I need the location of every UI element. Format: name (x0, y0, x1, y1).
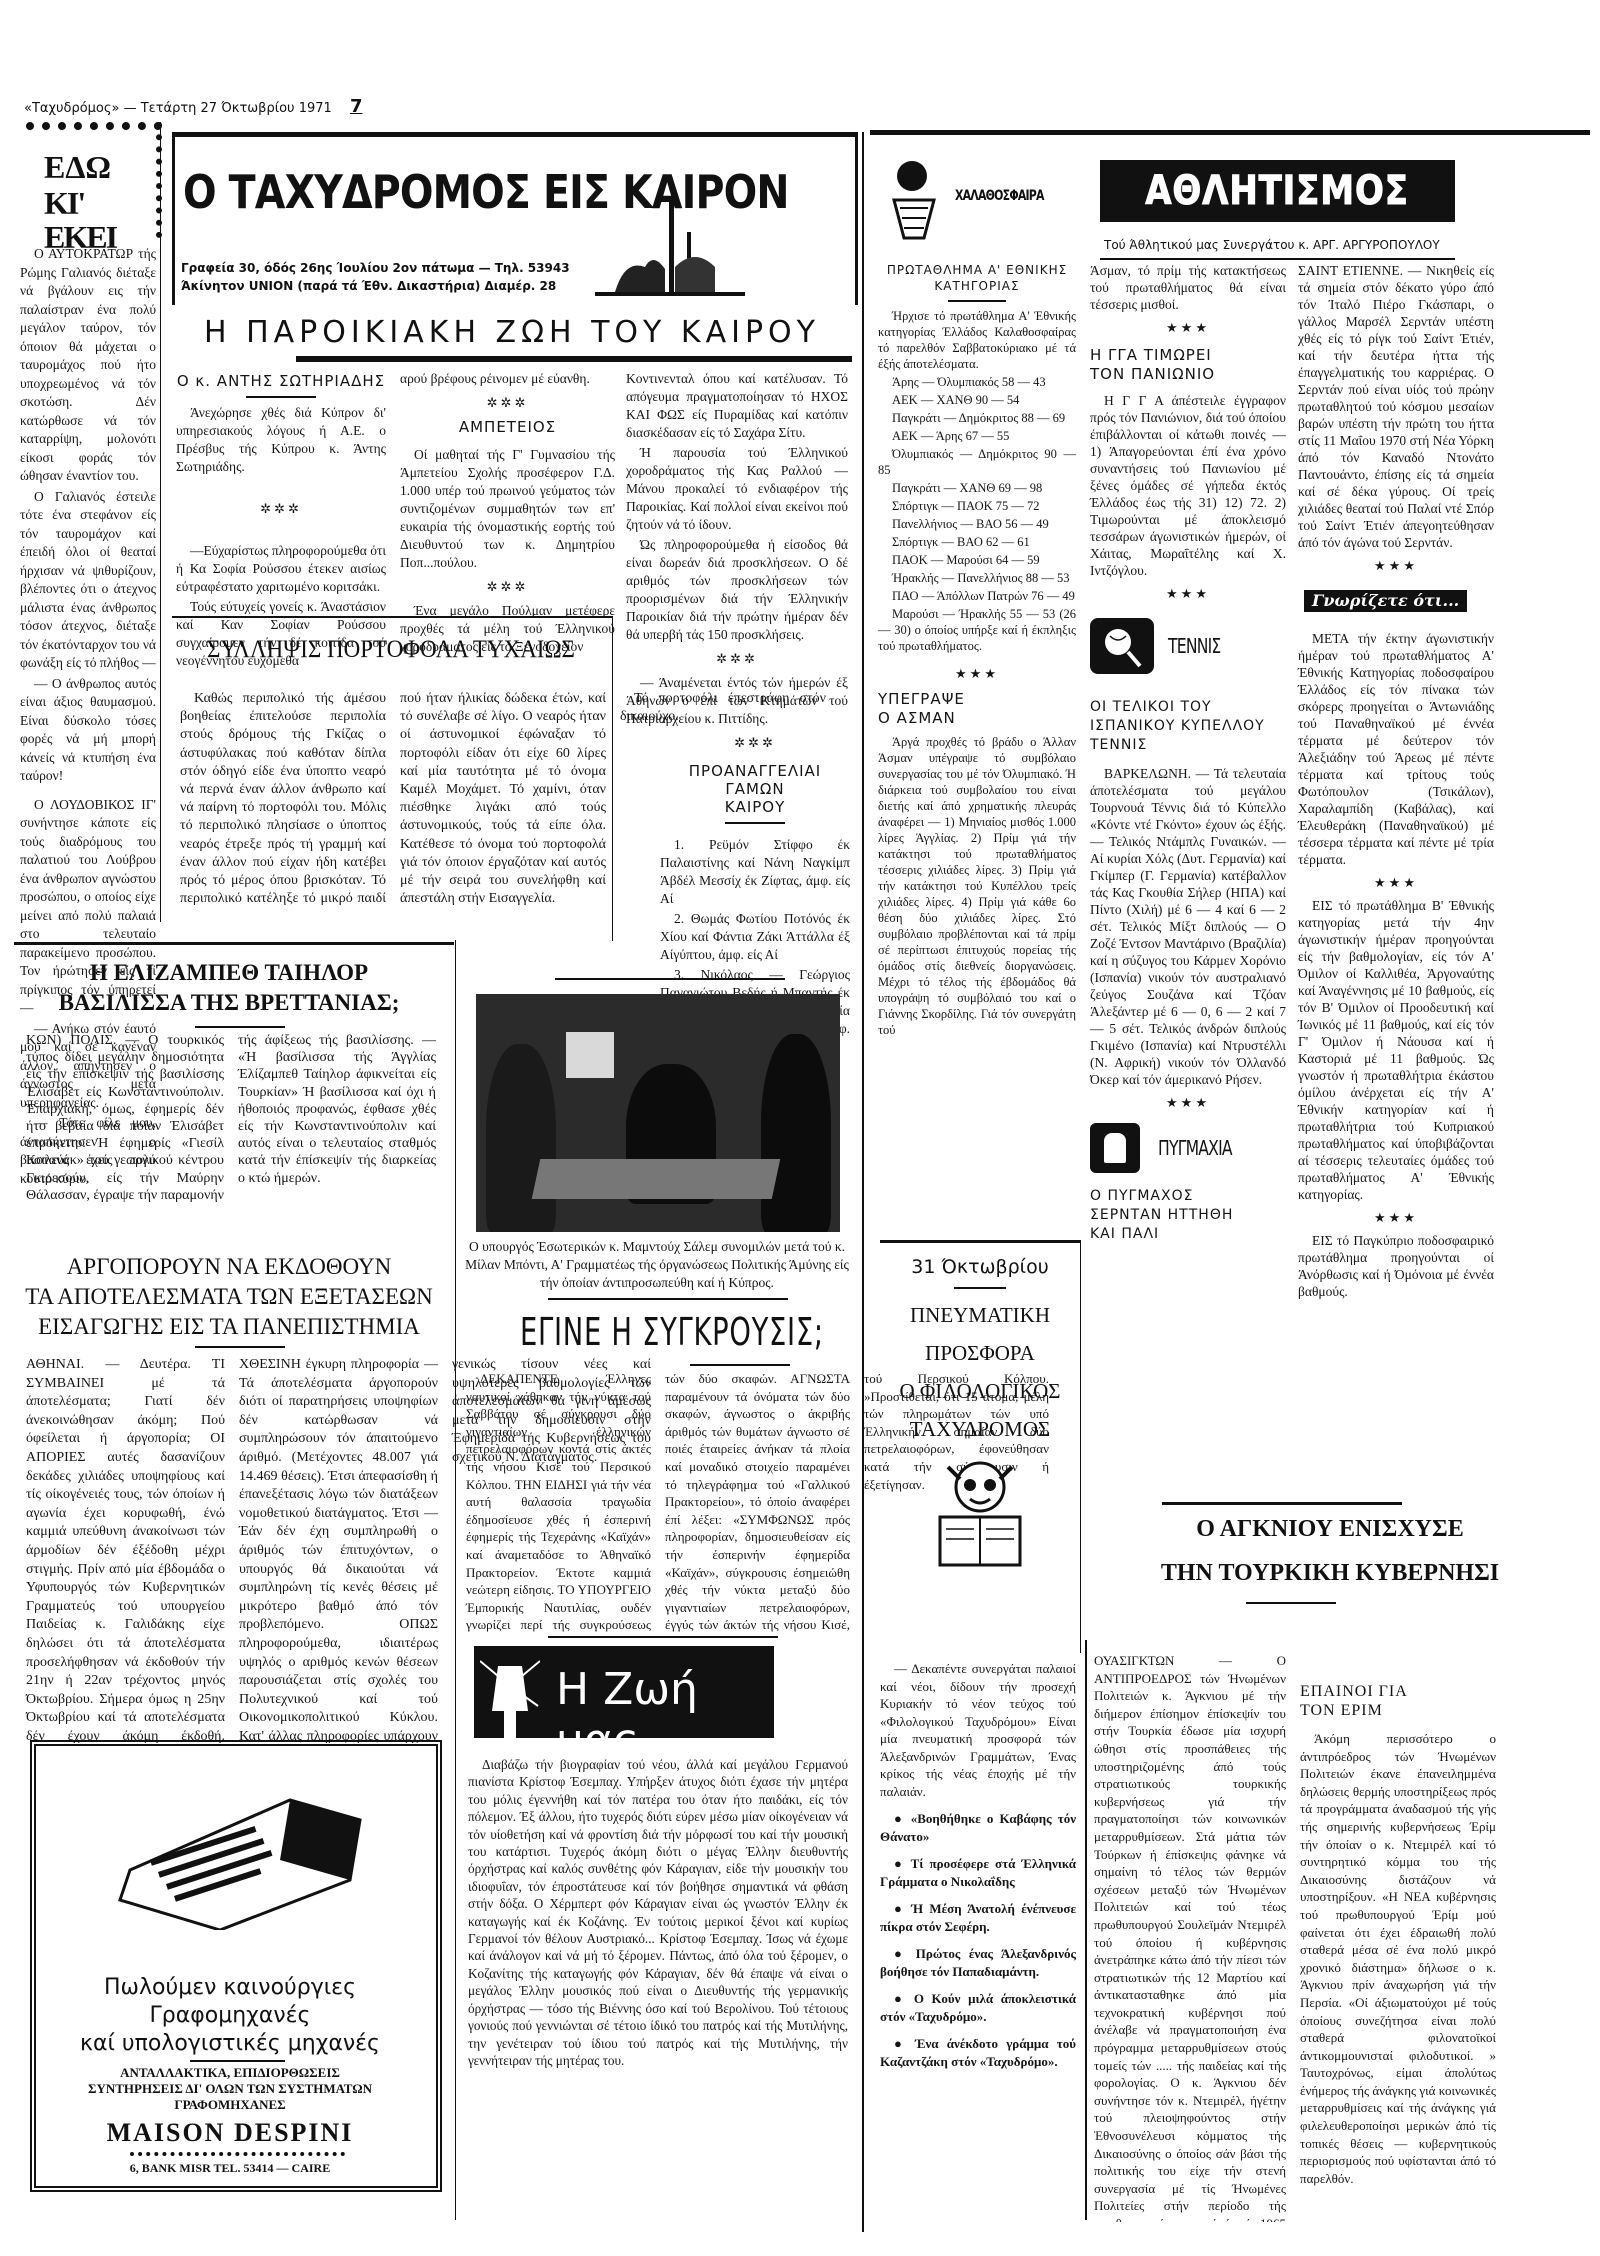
lantern-icon (480, 1656, 540, 1756)
agnew-text-2: Άκόμη περισσότερο ο άντιπρόεδρος τών Ήνω… (1300, 1730, 1496, 2187)
title-rule (195, 1346, 285, 1348)
address-line-2: Άκίνητον UNION (παρά τά Έθν. Δικαστήρια)… (181, 279, 556, 293)
person-left (486, 1044, 556, 1232)
gga-title-1: Η ΓΓΑ ΤΙΜΩΡΕΙ (1090, 346, 1286, 365)
paroikiaki-col-1: Ο κ. ΑΝΤΗΣ ΣΩΤΗΡΙΑΔΗΣ Άνεχώρησε χθές διά… (176, 366, 386, 672)
paroikiaki-title: Η ΠΑΡΟΙΚΙΑΚΗ ΖΩΗ ΤΟΥ ΚΑΙΡΟΥ (172, 316, 852, 351)
wedding-item: 2. Θωμάς Φωτίου Ποτόνός έκ Χίου καί Φάντ… (660, 910, 850, 964)
title-rule (195, 1026, 285, 1028)
result-row: ΑΕΚ — ΧΑΝΘ 90 — 54 (878, 392, 1076, 408)
result-row: Άρης — Όλυμπιακός 58 — 43 (878, 374, 1076, 390)
title-rule (690, 1364, 790, 1366)
col2-p1: Οί μαθηταί τής Γ' Γυμνασίου τής Άμπετείο… (400, 446, 615, 572)
elizabeth-title-2: ΒΑΣΙΛΙΣΣΑ ΤΗΣ ΒΡΕΤΤΑΝΙΑΣ; (14, 990, 444, 1016)
result-row: Ήρακλής — Πανελλήνιος 88 — 53 (878, 570, 1076, 586)
tennis-racket-icon (1090, 618, 1154, 674)
running-head-text: «Ταχυδρόμος» — Τετάρτη 27 Όκτωβρίου 1971 (24, 101, 332, 116)
column-divider (862, 132, 864, 2232)
philologikos-item: ● Ένα άνέκδοτο γράμμα τού Καζαντζάκη στό… (880, 2035, 1076, 2070)
sports-banner: ΑΘΛΗΤΙΣΜΟΣ (1100, 160, 1455, 222)
boxing-title-2: ΣΕΡΝΤΑΝ ΗΤΤΗΘΗ (1090, 1206, 1286, 1225)
col3-p1: Κοντινενταλ όπου καί κατέλυσαν. Τό απόγε… (626, 370, 848, 442)
ad-line-2: Γραφομηχανές (40, 2003, 420, 2028)
sotiriadis-subhead: Ο κ. ΑΝΤΗΣ ΣΩΤΗΡΙΑΔΗΣ (176, 372, 386, 390)
result-row: Σπόρτιγκ — ΠΑΟΚ 75 — 72 (878, 498, 1076, 514)
asman-title-2: Ο ΑΣΜΑΝ (878, 709, 1076, 728)
philologikos-text: — Δεκαπέντε συνεργάται παλαιοί καί νέοι,… (880, 1660, 1076, 2072)
photo-caption: Ο υπουργός Έσωτερικών κ. Μαμντούχ Σάλεμ … (462, 1238, 852, 1292)
running-head: «Ταχυδρόμος» — Τετάρτη 27 Όκτωβρίου 1971… (24, 96, 362, 117)
agnew-title-2: ΤΗΝ ΤΟΥΡΚΙΚΗ ΚΥΒΕΡΝΗΣΙ (1090, 1560, 1570, 1588)
basketball-label: ΧΑΛΑΘΟΣΦΑΙΡΑ (955, 188, 1044, 204)
stars-divider: ★★★ (1298, 557, 1494, 574)
philologikos-item: ● Ή Μέση Άνατολή ένέπνευσε πίκρα στόν Σε… (880, 1900, 1076, 1935)
gga-title-2: ΤΟΝ ΠΑΝΙΩΝΙΟ (1090, 365, 1286, 384)
zoi-mas-title: Η Ζωή μας (556, 1664, 774, 1766)
erim-subhead-2: ΤΟΝ ΕΡΙΜ (1300, 1701, 1496, 1720)
postman-reading-icon (920, 1457, 1040, 1567)
stars-divider: ★★★ (1090, 319, 1286, 336)
philologikos-intro: — Δεκαπέντε συνεργάται παλαιοί καί νέοι,… (880, 1660, 1076, 1800)
result-row: Παγκράτι — Δημόκριτος 88 — 69 (878, 410, 1076, 426)
philologikos-item-text: Τί προσέφερε στά Έλληνικά Γράμματα ο Νικ… (880, 1856, 1076, 1889)
philologikos-item: ● Τί προσέφερε στά Έλληνικά Γράμματα ο Ν… (880, 1855, 1076, 1890)
ad-services-3: ΓΡΑΦΟΜΗΧΑΝΕΣ (40, 2098, 420, 2113)
result-row: Παγκράτι — ΧΑΝΘ 69 — 98 (878, 480, 1076, 496)
stars-divider: ✲✲✲ (400, 578, 615, 596)
asman-continued: Άσμαν, τό πρίμ τής κατακτήσεως τού πρωτα… (1090, 262, 1286, 313)
person-right (761, 1034, 831, 1232)
edo-p1: Ο ΑΥΤΟΚΡΑΤΩΡ τής Ρώμης Γαλιανός διέταξε … (20, 245, 156, 486)
proanaggeliai-title-1: ΠΡΟΑΝΑΓΓΕΛΙΑΙ ΓΑΜΩΝ (660, 762, 850, 798)
col2-p0: αρού βρέφους ρέινομεν μέ εύανθη. (400, 370, 615, 388)
portofola-closing: Τό πορτοφόλι έπεστράφη στόν δικαιούχο. (620, 690, 826, 726)
boxing-title-3: ΚΑΙ ΠΑΛΙ (1090, 1225, 1286, 1244)
table (532, 1159, 781, 1199)
ad-line-1: Πωλούμεν καινούργιες (40, 1975, 420, 2000)
photo-top-rule (555, 978, 785, 980)
philologikos-item: ● Πρώτος ένας Άλεξανδρινός βοήθησε τόν Π… (880, 1945, 1076, 1980)
exams-text: ΑΘΗΝΑΙ. — Δευτέρα. ΤΙ ΣΥΜΒΑΙΝΕΙ μέ τά άπ… (26, 1356, 438, 1756)
ad-services-1: ΑΝΤΑΛΛΑΚΤΙΚΑ, ΕΠΙΔΙΟΡΘΩΣΕΙΣ (40, 2066, 420, 2081)
boxing-label: ΠΥΓΜΑΧΙΑ (1158, 1140, 1232, 1157)
byline-rule (1100, 258, 1455, 260)
masthead-box: Ο ΤΑΧΥΔΡΟΜΟΣ ΕΙΣ ΚΑΙΡΟΝ Γραφεία 30, όδός… (172, 132, 858, 305)
result-row: Μαρούσι — Ήρακλής 55 — 53 (26 — 30) ο όπ… (878, 606, 1076, 654)
sports-column-a: Άσμαν, τό πρίμ τής κατακτήσεως τού πρωτα… (1090, 262, 1286, 1244)
gga-text: Η Γ Γ Α άπέστειλε έγγραφον πρός τόν Πανι… (1090, 392, 1286, 579)
result-row: Πανελλήνιος — ΒΑΟ 56 — 49 (878, 516, 1076, 532)
column-divider (160, 122, 161, 922)
address-line-1: Γραφεία 30, όδός 26ης Ίουλίου 2ον πάτωμα… (181, 261, 570, 275)
ad-services-2: ΣΥΝΤΗΡΗΣΕΙΣ ΔΙ' ΟΛΩΝ ΤΩΝ ΣΥΣΤΗΜΑΤΩΝ (40, 2082, 420, 2097)
stars-divider: ★★★ (1298, 874, 1494, 891)
exams-title-3: ΕΙΣΑΓΩΓΗΣ ΕΙΣ ΤΑ ΠΑΝΕΠΙΣΤΗΜΙΑ (14, 1314, 444, 1340)
title-rule (296, 356, 852, 362)
tennis-title-3: ΤΕΝΝΙΣ (1090, 736, 1286, 755)
section-rule (1162, 1502, 1402, 1505)
page-number: 7 (350, 96, 363, 117)
sports-top-rule (870, 130, 1590, 135)
sports-banner-text: ΑΘΛΗΤΙΣΜΟΣ (1146, 168, 1410, 214)
did-you-know-2: ΕΙΣ τό πρωτάθλημα Β' Έθνικής κατηγορίας … (1298, 897, 1494, 1203)
boxing-text: ΣΑΙΝΤ ΕΤΙΕΝΝΕ. — Νικηθείς είς τά σημεία … (1298, 262, 1494, 551)
basketball-icon (890, 160, 938, 240)
proanaggeliai-title-2: ΚΑΙΡΟΥ (660, 798, 850, 816)
col3-p3: Ώς πληροφορούμεθα ή είσοδος θά είναι δωρ… (626, 536, 848, 644)
collision-title: ΕΓΙΝΕ Η ΣΥΓΚΡΟΥΣΙΣ; (520, 1310, 824, 1354)
philologikos-title-1: ΠΝΕΥΜΑΤΙΚΗ (880, 1303, 1080, 1327)
philologikos-item-text: Ο Κούν μιλά άποκλειστικά στόν «Ταχυδρόμο… (880, 1991, 1076, 2024)
philologikos-box: 31 Όκτωβρίου ΠΝΕΥΜΑΤΙΚΗ ΠΡΟΣΦΟΡΑ Ο ΦΙΛΟΛ… (880, 1240, 1081, 1653)
tennis-label: ΤΕΝΝΙΣ (1168, 638, 1221, 655)
result-row: Σπόρτιγκ — ΒΑΟ 62 — 61 (878, 534, 1076, 550)
wedding-item: 1. Ρεϋμόν Στίφφο έκ Παλαιστίνης καί Νάνη… (660, 836, 850, 908)
section-rule (14, 942, 454, 945)
news-photo (476, 994, 840, 1232)
col1-p2: —Εύχαρίστως πληροφορούμεθα ότι ή Κα Σοφί… (176, 542, 386, 596)
exams-title-1: ΑΡΓΟΠΟΡΟΥΝ ΝΑ ΕΚΔΟΘΟΥΝ (14, 1254, 444, 1280)
elizabeth-text: ΚΩΝ) ΠΟΛΙΣ. — Ο τουρκικός τύπος δίδει με… (26, 1032, 436, 1228)
section-rule (548, 1636, 778, 1638)
agnew-title-1: Ο ΑΓΚΝΙΟΥ ΕΝΙΣΧΥΣΕ (1090, 1516, 1570, 1544)
typewriter-icon (110, 1790, 370, 1930)
zoi-mas-body: Διαβάζω τήν βιογραφίαν τού νέου, άλλά κα… (468, 1756, 848, 2069)
basketball-title-2: ΚΑΤΗΓΟΡΙΑΣ (878, 278, 1076, 294)
portofola-body: Καθώς περιπολικό τής άμέσου βοηθείας έπι… (180, 690, 606, 922)
result-row: ΑΕΚ — Άρης 67 — 55 (878, 428, 1076, 444)
column-divider (1085, 1640, 1087, 2220)
title-rule (1246, 1602, 1336, 1604)
result-row: ΠΑΟ — Άπόλλων Πατρών 76 — 49 (878, 588, 1076, 604)
edo-p3: — Ο άνθρωπος αυτός είναι άξιος θαυμασμού… (20, 675, 156, 786)
ad-rule (190, 2060, 285, 2062)
philologikos-title-4: ΤΑΧΥΔΡΟΜΟΣ (880, 1417, 1080, 1441)
philologikos-item-text: «Βοηθήθηκε ο Καβάφης τόν Θάνατο» (880, 1811, 1076, 1844)
elizabeth-body: ΚΩΝ) ΠΟΛΙΣ. — Ο τουρκικός τύπος δίδει με… (26, 1032, 436, 1204)
mosque-skyline-icon (595, 197, 745, 297)
erim-subhead-1: ΕΠΑΙΝΟΙ ΓΙΑ (1300, 1682, 1496, 1701)
did-you-know-label: Γνωρίζετε ότι... (1304, 590, 1467, 612)
philologikos-title-2: ΠΡΟΣΦΟΡΑ (880, 1341, 1080, 1365)
col3-p2: Ή παρουσία τού Έλληνικού χοροδράματος τή… (626, 444, 848, 534)
paroikiaki-col-2: αρού βρέφους ρέινομεν μέ εύανθη. ✲✲✲ ΑΜΠ… (400, 370, 615, 658)
ad-line-3: καί υπολογιστικές μηχανές (40, 2031, 420, 2056)
boxing-glove-icon (1090, 1123, 1140, 1173)
lamp-shade (566, 1032, 614, 1078)
stars-divider: ✲✲✲ (660, 734, 850, 752)
box-border-right (612, 616, 613, 941)
stars-divider: ★★★ (878, 666, 1076, 682)
agnew-column-1: ΟΥΑΣΙΓΚΤΩΝ — Ο ΑΝΤΙΠΡΟΕΔΡΟΣ τών Ήνωμένων… (1094, 1652, 1286, 2222)
philologikos-item-text: Πρώτος ένας Άλεξανδρινός βοήθησε τόν Παπ… (880, 1946, 1076, 1979)
agnew-column-2: ΕΠΑΙΝΟΙ ΓΙΑ ΤΟΝ ΕΡΙΜ Άκόμη περισσότερο ο… (1300, 1652, 1496, 2222)
philologikos-item-text: Ένα άνέκδοτο γράμμα τού Καζαντζάκη στόν … (880, 2036, 1076, 2069)
philologikos-item-text: Ή Μέση Άνατολή ένέπνευσε πίκρα στόν Σεφέ… (880, 1901, 1076, 1934)
ad-address: 6, BANK MISR TEL. 53414 — CAIRE (40, 2162, 420, 2176)
stars-divider: ★★★ (1090, 585, 1286, 602)
philologikos-item: ● «Βοηθήθηκε ο Καβάφης τόν Θάνατο» (880, 1810, 1076, 1845)
stars-divider: ★★★ (1090, 1094, 1286, 1111)
philologikos-title-3: Ο ΦΙΛΟΛΟΓΙΚΟΣ (880, 1379, 1080, 1403)
paroikiaki-col-3: Κοντινενταλ όπου καί κατέλυσαν. Τό απόγε… (626, 370, 848, 730)
edo-title-1: ΕΔΩ (44, 150, 156, 184)
asman-text: Άργά προχθές τό βράδυ ο Άλλαν Άσμαν υπέγ… (878, 734, 1076, 1038)
basketball-title-1: ΠΡΩΤΑΘΛΗΜΑ Α' ΕΘΝΙΚΗΣ (878, 262, 1076, 278)
zoi-mas-text: Διαβάζω τήν βιογραφίαν τού νέου, άλλά κα… (468, 1756, 848, 2071)
stars-divider: ✲✲✲ (400, 394, 615, 412)
collision-text: ΔΕΚΑΠΕΝΤΕ Έλληνες ναυτικοί χάθηκαν τήν ν… (466, 1370, 850, 1634)
sports-byline: Τού Άθλητικού μας Συνεργάτου κ. ΑΡΓ. ΑΡΓ… (1104, 238, 1440, 252)
did-you-know-3: ΕΙΣ τό Παγκύπριο ποδοσφαιρικό πρωτάθλημα… (1298, 1232, 1494, 1300)
did-you-know-1: ΜΕΤΑ τήν έκτην άγωνιστικήν ήμέραν τού πρ… (1298, 630, 1494, 868)
ad-wavy-rule (130, 2152, 345, 2156)
tennis-title-2: ΙΣΠΑΝΙΚΟΥ ΚΥΠΕΛΛΟΥ (1090, 717, 1286, 736)
section-rule (548, 1298, 788, 1300)
section-rule (172, 616, 612, 618)
ad-brand: MAISON DESPINI (40, 2118, 420, 2148)
col1-p1: Άνεχώρησε χθές διά Κύπρον δι' υπηρεσιακο… (176, 404, 386, 476)
column-divider (455, 940, 456, 2220)
exams-title-2: ΤΑ ΑΠΟΤΕΛΕΣΜΑΤΑ ΤΩΝ ΕΞΕΤΑΣΕΩΝ (14, 1284, 444, 1310)
edo-kai-ekei-box: ΕΔΩ ΚΙ' ΕΚΕΙ (26, 122, 162, 238)
did-you-know-text: Γνωρίζετε ότι... (1312, 591, 1459, 610)
portofola-text: Καθώς περιπολικό τής άμέσου βοηθείας έπι… (180, 690, 606, 922)
result-row: ΠΑΟΚ — Μαρούσι 64 — 59 (878, 552, 1076, 568)
stars-divider: ✲✲✲ (176, 500, 386, 518)
basketball-intro: Ήρχισε τό πρωτάθλημα Α' Έθνικής κατηγορί… (878, 308, 1076, 372)
boxing-title-1: Ο ΠΥΓΜΑΧΟΣ (1090, 1187, 1286, 1206)
basketball-column: ΠΡΩΤΑΘΛΗΜΑ Α' ΕΘΝΙΚΗΣ ΚΑΤΗΓΟΡΙΑΣ Ήρχισε … (878, 262, 1076, 1040)
result-row: Όλυμπιακός — Δημόκριτος 90 — 85 (878, 446, 1076, 478)
elizabeth-title-1: Η ΕΛΙΖΑΜΠΕΘ ΤΑΙΗΛΟΡ (14, 960, 444, 986)
edo-title-2: ΚΙ' ΕΚΕΙ (44, 186, 156, 254)
ampeteios-subhead: ΑΜΠΕΤΕΙΟΣ (400, 418, 615, 436)
tennis-text: ΒΑΡΚΕΛΩΝΗ. — Τά τελευταία άποτελέσματα τ… (1090, 765, 1286, 1088)
portofola-title: ΣΥΛΛΗΨΙΣ ΠΟΡΤΟΦΟΛΑ ΤΥΧΑΙΩΣ (193, 636, 589, 665)
tennis-title-1: ΟΙ ΤΕΛΙΚΟΙ ΤΟΥ (1090, 698, 1286, 717)
philologikos-date: 31 Όκτωβρίου (880, 1257, 1080, 1279)
stars-divider: ★★★ (1298, 1209, 1494, 1226)
sports-column-b: ΣΑΙΝΤ ΕΤΙΕΝΝΕ. — Νικηθείς είς τά σημεία … (1298, 262, 1494, 1302)
philologikos-item: ● Ο Κούν μιλά άποκλειστικά στόν «Ταχυδρό… (880, 1990, 1076, 2025)
agnew-text-1: ΟΥΑΣΙΓΚΤΩΝ — Ο ΑΝΤΙΠΡΟΕΔΡΟΣ τών Ήνωμένων… (1094, 1652, 1286, 2222)
zoi-mas-banner: Η Ζωή μας (474, 1646, 774, 1738)
stars-divider: ✲✲✲ (626, 650, 848, 668)
edo-p2: Ο Γαλιανός έστειλε τότε ένα στεφάνον είς… (20, 488, 156, 673)
asman-title-1: ΥΠΕΓΡΑΨΕ (878, 690, 1076, 709)
